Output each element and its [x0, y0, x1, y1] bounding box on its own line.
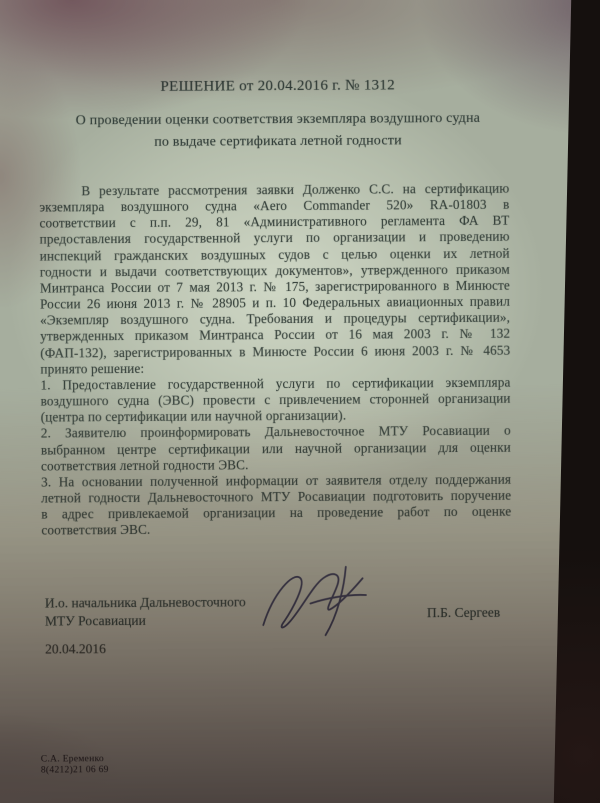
body-paragraphs: В результате рассмотрения заявки Долженк… — [39, 181, 511, 539]
document-subtitle: О проведении оценки соответствия экземпл… — [44, 108, 512, 155]
body-line: в адрес привлекаемой организации на пров… — [41, 504, 511, 523]
document-date: 20.04.2016 — [45, 641, 106, 657]
signature-stroke — [260, 572, 366, 629]
document-title: РЕШЕНИЕ от 20.04.2016 г. № 1312 — [44, 77, 512, 97]
signatory-name: П.Б. Сергеев — [427, 605, 500, 621]
document-paper: РЕШЕНИЕ от 20.04.2016 г. № 1312 О провед… — [0, 0, 600, 803]
photo-background: РЕШЕНИЕ от 20.04.2016 г. № 1312 О провед… — [0, 0, 600, 803]
signatory-position: И.о. начальника ДальневосточногоМТУ Роса… — [45, 593, 285, 629]
body-line: соответствия ЭВС. — [41, 520, 511, 539]
signatory-position-line: МТУ Росавиации — [45, 611, 285, 630]
signature-scribble — [252, 561, 385, 644]
subtitle-line: по выдаче сертификата летной годности — [44, 130, 512, 155]
signatory-position-line: И.о. начальника Дальневосточного — [45, 593, 285, 612]
executor-line: 8(4212)21 06 69 — [41, 765, 109, 776]
executor-line: С.А. Еременко — [41, 754, 109, 765]
signature-stroke — [310, 594, 366, 603]
subtitle-line: О проведении оценки соответствия экземпл… — [44, 108, 512, 133]
executor-info: С.А. Еременко8(4212)21 06 69 — [41, 754, 109, 776]
body-line: выбранном центре сертификации или научно… — [41, 439, 511, 458]
body-line: воздушного судна (ЭВС) провести с привле… — [41, 391, 511, 410]
document-content: РЕШЕНИЕ от 20.04.2016 г. № 1312 О провед… — [0, 0, 600, 803]
body-line: (ФАП-132), зарегистрированных в Минюсте … — [40, 342, 510, 361]
